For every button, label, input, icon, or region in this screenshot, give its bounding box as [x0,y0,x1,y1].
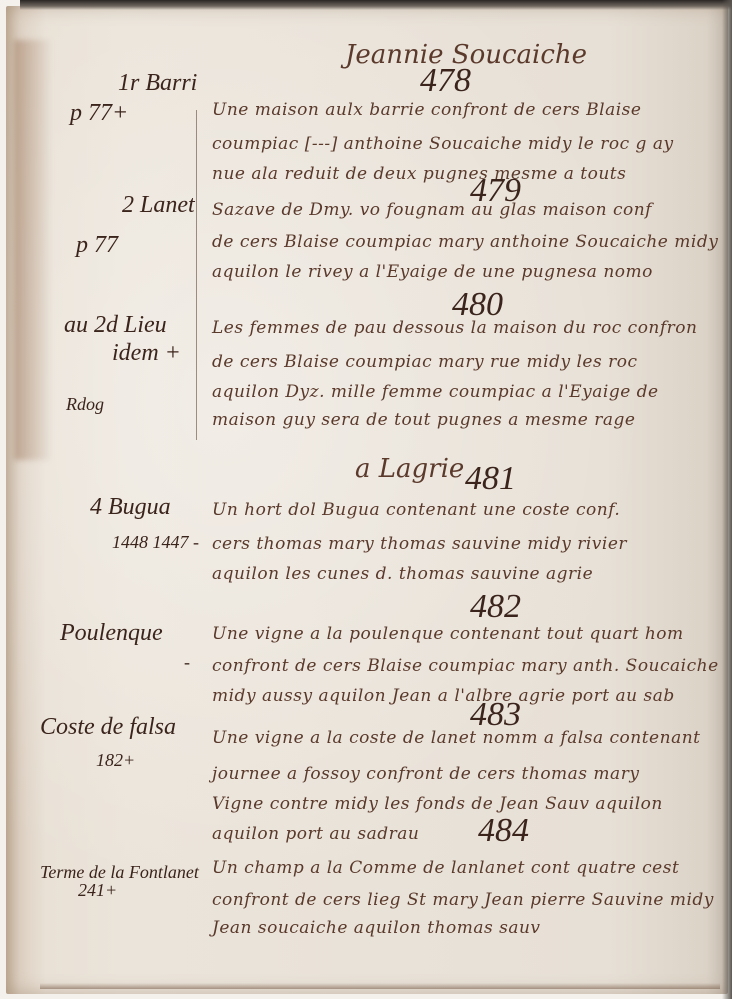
entry-line: Jean soucaiche aquilon thomas sauv [212,918,541,938]
margin-rule [196,110,197,440]
page-top-edge [20,0,732,10]
margin-note: 2 Lanet [122,192,195,219]
entry-line: aquilon le rivey a l'Eyaige de une pugne… [212,262,653,282]
margin-note: Poulenque [60,620,163,647]
entry-line: aquilon les cunes d. thomas sauvine agri… [212,564,593,584]
entry-line: aquilon Dyz. mille femme coumpiac a l'Ey… [212,382,659,402]
entry-line: Un champ a la Comme de lanlanet cont qua… [212,858,679,878]
entry-line: journee a fossoy confront de cers thomas… [212,764,639,784]
entry-line: maison guy sera de tout pugnes a mesme r… [212,410,635,430]
margin-note: Coste de falsa [40,714,176,741]
entry-line: Vigne contre midy les fonds de Jean Sauv… [212,794,663,814]
margin-note: p 77+ [70,100,128,127]
entry-line: Une vigne a la coste de lanet nomm a fal… [212,728,701,748]
entry-line: Un hort dol Bugua contenant une coste co… [212,500,620,520]
entry-line: midy aussy aquilon Jean a l'albre agrie … [212,686,675,706]
entry-line: de cers Blaise coumpiac mary anthoine So… [212,232,718,252]
entry-number: 484 [478,812,529,850]
section-heading: a Lagrie [355,454,464,484]
margin-note: p 77 [76,232,118,259]
entry-line: de cers Blaise coumpiac mary rue midy le… [212,352,637,372]
entry-line: cers thomas mary thomas sauvine midy riv… [212,534,627,554]
margin-note: 241+ [78,880,117,901]
margin-note: 1r Barri [118,70,197,97]
entry-line: Une maison aulx barrie confront de cers … [212,100,641,120]
entry-line: Sazave de Dmy. vo fougnam au glas maison… [212,200,652,220]
margin-note: - [184,652,190,673]
margin-note: 182+ [96,750,135,771]
page-right-edge [722,0,732,999]
margin-note: 1448 1447 - [112,532,199,553]
entry-line: coumpiac [---] anthoine Soucaiche midy l… [212,134,674,154]
entry-line: confront de cers lieg St mary Jean pierr… [212,890,714,910]
margin-note: 4 Bugua [90,494,171,521]
entry-line: Une vigne a la poulenque contenant tout … [212,624,684,644]
margin-note: Rdog [66,394,104,415]
entry-number: 478 [420,62,471,100]
entry-number: 482 [470,588,521,626]
margin-note: Terme de la Fontlanet [40,862,199,883]
water-stain [14,40,50,460]
page-bottom-edge [40,983,720,989]
margin-note: au 2d Lieu [64,312,167,339]
entry-line: nue ala reduit de deux pugnes mesme a to… [212,164,626,184]
entry-line: aquilon port au sadrau [212,824,419,844]
margin-note: idem + [112,340,181,367]
entry-line: confront de cers Blaise coumpiac mary an… [212,656,719,676]
entry-line: Les femmes de pau dessous la maison du r… [212,318,698,338]
entry-number: 481 [465,460,516,498]
